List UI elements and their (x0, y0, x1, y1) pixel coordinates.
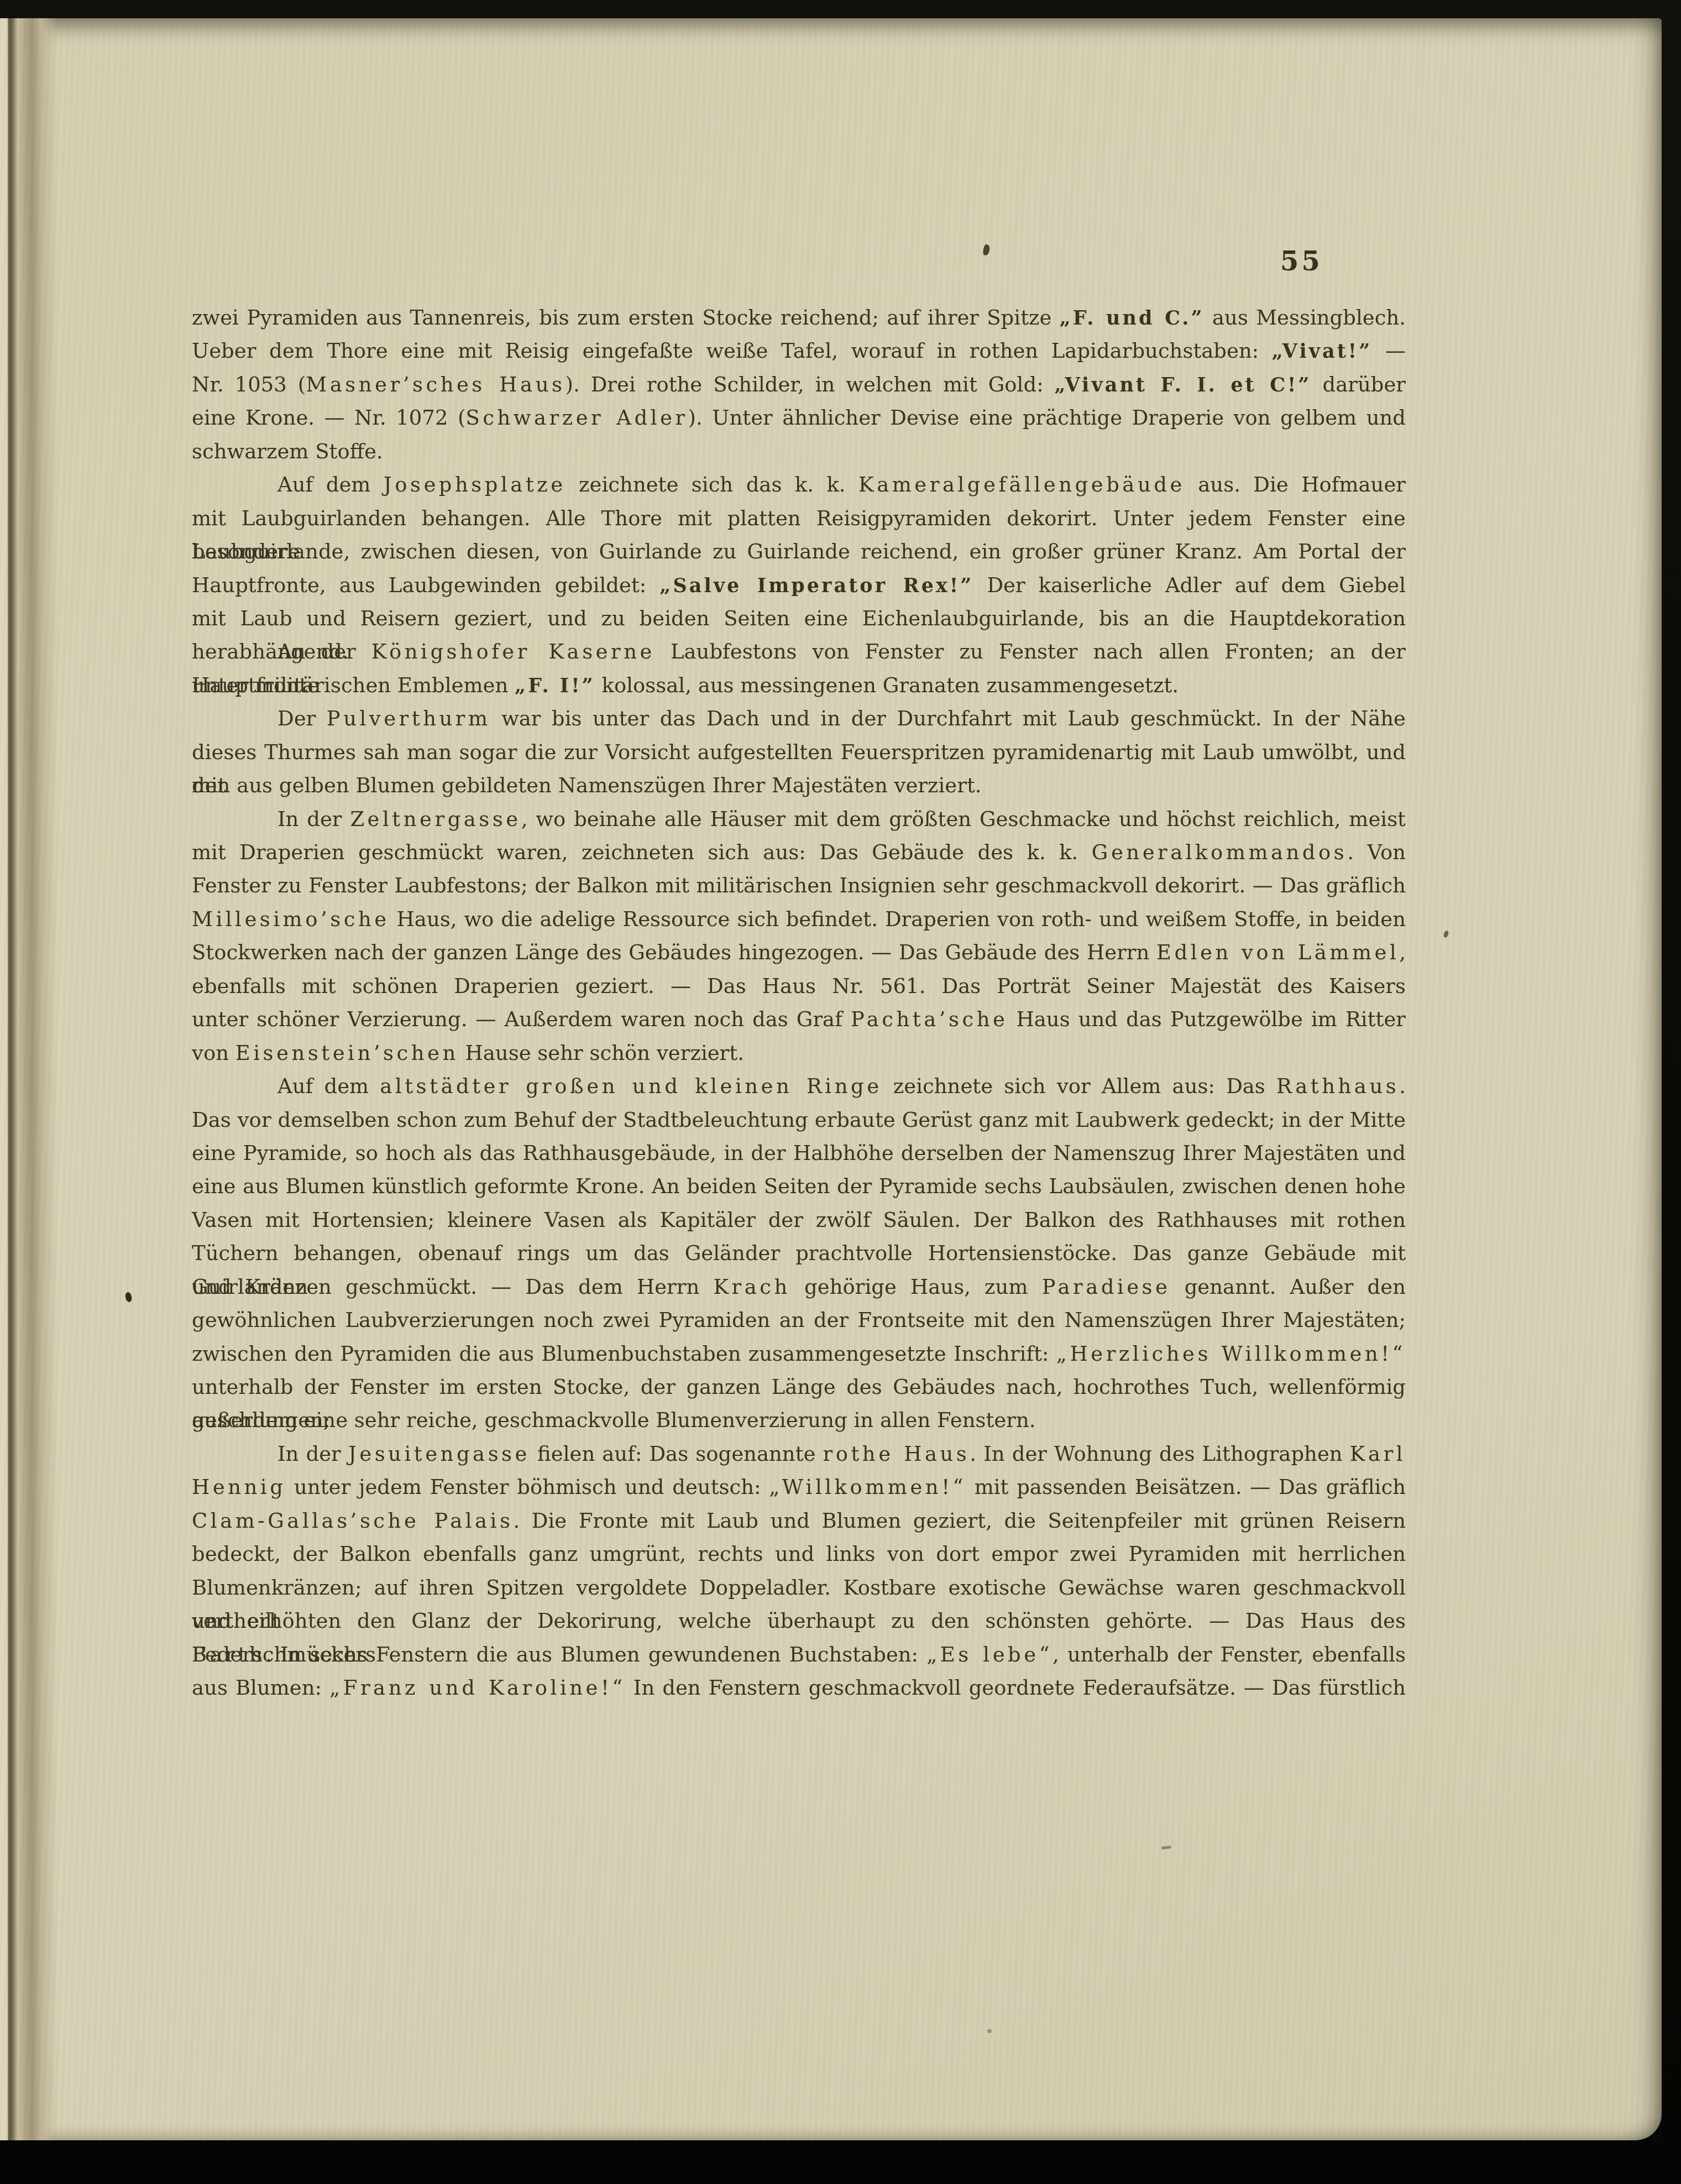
antiqua-quote: „Vivant F. I. et C!” (1055, 374, 1312, 396)
text-segment: schwarzem Stoffe. (192, 440, 383, 463)
text-segment: , wo beinahe alle Häuser mit dem größten… (521, 807, 1406, 831)
text-segment: ). Drei rothe Schilder, in welchen mit G… (565, 373, 1054, 396)
emphasized-text: Generalkommandos (1092, 840, 1347, 864)
text-segment: Haus und das Putzgewölbe im Ritter (1008, 1007, 1406, 1031)
text-segment: fielen auf: Das sogenannte (530, 1442, 823, 1466)
text-line: Hennig unter jedem Fenster böhmisch und … (192, 1471, 1406, 1504)
text-segment: unter schöner Verzierung. — Außerdem war… (192, 1007, 851, 1031)
text-line: Stockwerken nach der ganzen Länge des Ge… (192, 936, 1406, 969)
text-line: Laubguirlande, zwischen diesen, von Guir… (192, 535, 1406, 568)
emphasized-text: „Es lebe“ (926, 1643, 1052, 1666)
text-segment: war bis unter das Dach und in der Durchf… (491, 707, 1406, 730)
ink-speck (1443, 930, 1449, 938)
text-segment: unter militärischen Emblemen (192, 673, 515, 697)
emphasized-text: Schwarzer Adler (465, 406, 688, 430)
text-segment: Vasen mit Hortensien; kleinere Vasen als… (192, 1208, 1406, 1232)
emphasized-text: Zeltnergasse (350, 807, 521, 831)
antiqua-quote: „Vivat!” (1272, 340, 1373, 363)
text-line: aus Blumen: „Franz und Karoline!“ In den… (192, 1671, 1406, 1705)
text-line: Hauptfronte, aus Laubgewinden gebildet: … (192, 569, 1406, 602)
text-line: Nr. 1053 (Masner’sches Haus). Drei rothe… (192, 368, 1406, 401)
text-segment: In der (277, 1442, 348, 1466)
text-segment: bedeckt, der Balkon ebenfalls ganz umgrü… (192, 1542, 1406, 1566)
text-line: mit Laubguirlanden behangen. Alle Thore … (192, 502, 1406, 535)
text-segment: und Kränzen geschmückt. — Das dem Herrn (192, 1275, 713, 1299)
ink-speck (983, 244, 991, 255)
emphasized-text: Krach (713, 1275, 790, 1299)
text-line: bedeckt, der Balkon ebenfalls ganz umgrü… (192, 1538, 1406, 1571)
page-number: 55 (1280, 246, 1323, 277)
emphasized-text: Hennig (192, 1475, 286, 1499)
emphasized-text: Josephsplatze (384, 473, 566, 497)
text-segment: eine aus Blumen künstlich geformte Krone… (192, 1174, 1406, 1198)
text-line: Auf dem Josephsplatze zeichnete sich das… (192, 468, 1406, 501)
text-segment: Auf dem (277, 473, 384, 497)
text-line: gewöhnlichen Laubverzierungen noch zwei … (192, 1304, 1406, 1337)
antiqua-quote: „F. und C.” (1060, 307, 1205, 330)
text-line: den aus gelben Blumen gebildeten Namensz… (192, 769, 1406, 802)
text-segment: zwischen den Pyramiden die aus Blumenbuc… (192, 1342, 1056, 1366)
text-line: Ueber dem Thore eine mit Reisig eingefaß… (192, 335, 1406, 368)
text-segment: eine Krone. — Nr. 1072 ( (192, 406, 465, 430)
text-line: Tüchern behangen, obenauf rings um das G… (192, 1237, 1406, 1270)
text-line: Blumenkränzen; auf ihren Spitzen vergold… (192, 1571, 1406, 1605)
emphasized-text: Clam-Gallas’sche Palais (192, 1509, 513, 1533)
text-line: ebenfalls mit schönen Draperien geziert.… (192, 970, 1406, 1003)
text-line: unterhalb der Fenster im ersten Stocke, … (192, 1371, 1406, 1404)
emphasized-text: Rathhaus (1276, 1074, 1399, 1098)
text-segment: . Die Fronte mit Laub und Blumen geziert… (513, 1509, 1406, 1533)
text-line: unter militärischen Emblemen „F. I!” kol… (192, 669, 1406, 702)
text-line: eine Krone. — Nr. 1072 (Schwarzer Adler)… (192, 401, 1406, 435)
text-segment: Auf dem (277, 1074, 380, 1098)
text-segment: aus Messingblech. (1205, 306, 1406, 330)
text-segment: mit passenden Beisätzen. — Das gräflich (966, 1475, 1406, 1499)
emphasized-text: Paradiese (1042, 1275, 1171, 1299)
text-segment: Hauptfronte, aus Laubgewinden gebildet: (192, 573, 659, 597)
text-line: Clam-Gallas’sche Palais. Die Fronte mit … (192, 1504, 1406, 1538)
page-gutter-shadow (0, 18, 58, 2140)
text-line: An der Königshofer Kaserne Laubfestons v… (192, 635, 1406, 668)
antiqua-quote: „F. I!” (515, 675, 595, 697)
text-line: außerdem eine sehr reiche, geschmackvoll… (192, 1404, 1406, 1437)
text-segment: Der kaiserliche Adler auf dem Giebel (973, 573, 1406, 597)
emphasized-text: „Willkommen!“ (769, 1475, 966, 1499)
text-line: zwei Pyramiden aus Tannenreis, bis zum e… (192, 301, 1406, 335)
text-segment: aus. Die Hofmauer (1185, 473, 1406, 497)
text-segment: Hause sehr schön verziert. (459, 1041, 744, 1065)
emphasized-text: Edlen von Lämmel (1156, 941, 1399, 964)
text-segment: zwei Pyramiden aus Tannenreis, bis zum e… (192, 306, 1060, 330)
antiqua-quote: „Salve Imperator Rex!” (659, 574, 973, 597)
emphasized-text: Masner’sches Haus (306, 373, 565, 396)
emphasized-text: „Herzliches Willkommen!“ (1056, 1342, 1406, 1366)
emphasized-text: Barth (192, 1643, 265, 1666)
emphasized-text: Jesuitengasse (348, 1442, 530, 1466)
text-segment: , unterhalb der Fenster, ebenfalls (1052, 1643, 1406, 1666)
text-segment: eine Pyramide, so hoch als das Rathhausg… (192, 1141, 1406, 1165)
text-segment: unter jedem Fenster böhmisch und deutsch… (286, 1475, 769, 1499)
text-segment: . In der Wohnung des Lithographen (970, 1442, 1349, 1466)
text-segment: genannt. Außer den (1171, 1275, 1406, 1299)
text-segment: zeichnete sich das k. k. (566, 473, 858, 497)
text-line: dieses Thurmes sah man sogar die zur Vor… (192, 736, 1406, 769)
scanned-book-page: 55 zwei Pyramiden aus Tannenreis, bis zu… (0, 0, 1681, 2184)
text-segment: ). Unter ähnlicher Devise eine prächtige… (688, 406, 1406, 430)
text-line: unter schöner Verzierung. — Außerdem war… (192, 1003, 1406, 1036)
text-segment: Haus, wo die adelige Ressource sich befi… (390, 907, 1406, 931)
text-segment: Stockwerken nach der ganzen Länge des Ge… (192, 941, 1156, 964)
text-line: Vasen mit Hortensien; kleinere Vasen als… (192, 1204, 1406, 1237)
text-segment: gehörige Haus, zum (790, 1275, 1042, 1299)
text-line: Das vor demselben schon zum Behuf der St… (192, 1104, 1406, 1137)
text-segment: Nr. 1053 ( (192, 373, 306, 396)
text-segment: An der (277, 640, 371, 663)
text-segment: Ueber dem Thore eine mit Reisig eingefaß… (192, 339, 1272, 363)
text-segment: In den Fenstern geschmackvoll geordnete … (626, 1676, 1406, 1700)
text-segment: außerdem eine sehr reiche, geschmackvoll… (192, 1408, 1036, 1432)
book-page: 55 zwei Pyramiden aus Tannenreis, bis zu… (0, 18, 1662, 2140)
text-segment: Das vor demselben schon zum Behuf der St… (192, 1108, 1406, 1132)
body-text: zwei Pyramiden aus Tannenreis, bis zum e… (192, 301, 1406, 1705)
text-segment: ebenfalls mit schönen Draperien geziert.… (192, 974, 1406, 998)
text-segment: . Von (1347, 840, 1406, 864)
text-segment: kolossal, aus messingenen Granaten zusam… (595, 673, 1179, 697)
text-segment: von (192, 1041, 235, 1065)
text-line: Der Pulverthurm war bis unter das Dach u… (192, 702, 1406, 735)
text-line: schwarzem Stoffe. (192, 435, 1406, 468)
text-line: In der Zeltnergasse, wo beinahe alle Häu… (192, 803, 1406, 836)
text-line: von Eisenstein’schen Hause sehr schön ve… (192, 1037, 1406, 1070)
text-segment: . In sechs Fenstern die aus Blumen gewun… (265, 1643, 926, 1666)
emphasized-text: Königshofer Kaserne (371, 640, 655, 663)
emphasized-text: Pulverthurm (327, 707, 491, 730)
emphasized-text: altstädter großen und kleinen Ringe (380, 1074, 882, 1098)
text-segment: darüber (1311, 373, 1406, 396)
text-segment: — (1372, 339, 1406, 363)
text-line: und erhöhten den Glanz der Dekorirung, w… (192, 1605, 1406, 1638)
ink-speck (1161, 1846, 1171, 1849)
text-line: mit Draperien geschmückt waren, zeichnet… (192, 836, 1406, 869)
text-segment: Fenster zu Fenster Laubfestons; der Balk… (192, 874, 1406, 897)
text-segment: Der (277, 707, 327, 730)
emphasized-text: Millesimo’sche (192, 907, 390, 931)
text-segment: aus Blumen: (192, 1676, 329, 1700)
emphasized-text: rothe Haus (823, 1442, 970, 1466)
text-segment: . (1399, 1074, 1406, 1098)
text-line: zwischen den Pyramiden die aus Blumenbuc… (192, 1337, 1406, 1371)
text-line: eine Pyramide, so hoch als das Rathhausg… (192, 1137, 1406, 1170)
text-segment: zeichnete sich vor Allem aus: Das (882, 1074, 1276, 1098)
text-segment: In der (277, 807, 350, 831)
text-segment: den aus gelben Blumen gebildeten Namensz… (192, 774, 982, 797)
text-line: mit Laub und Reisern geziert, und zu bei… (192, 602, 1406, 635)
text-segment: mit Draperien geschmückt waren, zeichnet… (192, 840, 1092, 864)
emphasized-text: Pachta’sche (851, 1007, 1008, 1031)
text-line: Auf dem altstädter großen und kleinen Ri… (192, 1070, 1406, 1103)
text-line: Millesimo’sche Haus, wo die adelige Ress… (192, 903, 1406, 936)
text-line: Barth. In sechs Fenstern die aus Blumen … (192, 1638, 1406, 1671)
text-line: und Kränzen geschmückt. — Das dem Herrn … (192, 1271, 1406, 1304)
text-line: Fenster zu Fenster Laubfestons; der Balk… (192, 869, 1406, 902)
text-line: eine aus Blumen künstlich geformte Krone… (192, 1170, 1406, 1203)
emphasized-text: Kameralgefällengebäude (858, 473, 1185, 497)
ink-speck (124, 1292, 133, 1303)
emphasized-text: „Franz und Karoline!“ (329, 1676, 626, 1700)
text-segment: Laubguirlande, zwischen diesen, von Guir… (192, 540, 1406, 563)
emphasized-text: Karl (1350, 1442, 1406, 1466)
text-segment: , (1399, 941, 1406, 964)
text-line: In der Jesuitengasse fielen auf: Das sog… (192, 1438, 1406, 1471)
ink-speck (987, 2029, 992, 2033)
text-segment: gewöhnlichen Laubverzierungen noch zwei … (192, 1308, 1406, 1332)
emphasized-text: Eisenstein’schen (235, 1041, 459, 1065)
